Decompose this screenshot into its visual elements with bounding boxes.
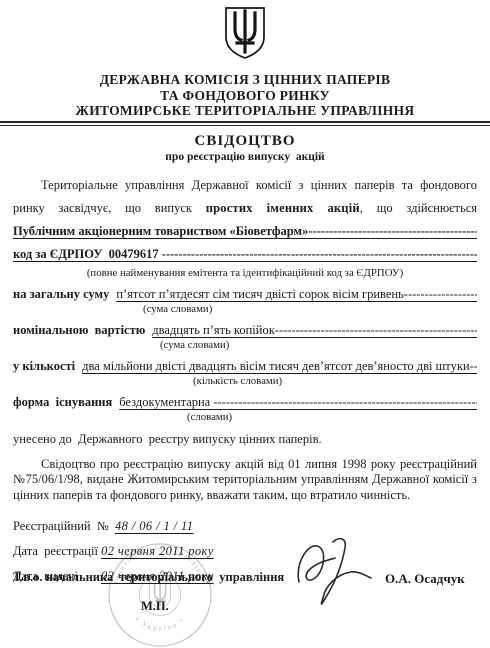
field-value: п’ятсот п’ятдесят сім тисяч двісті сорок… — [116, 287, 477, 302]
quantity-words: два мільйони двісті двадцять вісім тисяч… — [82, 359, 469, 373]
field-caption: (словами) — [13, 411, 477, 423]
edrpou-code: 00479617 — [106, 247, 162, 261]
field-value: двадцять п’ять копійок------------------… — [152, 323, 477, 338]
document-title: СВІДОЦТВО — [0, 133, 490, 150]
seal-arc-bottom-text: • Україна • — [133, 615, 187, 633]
field-label: у кількості — [13, 359, 82, 374]
registration-number-row: Реєстраційний № 48 / 06 / 1 / 11 — [13, 519, 477, 534]
dash-fill: ----------------------------------------… — [162, 247, 477, 261]
header-divider — [0, 121, 490, 126]
revocation-paragraph: Свідоцтво про реєстрацію випуску акцій в… — [13, 457, 477, 504]
entered-line: унесено до Державного реєстру випуску ці… — [13, 432, 477, 447]
registration-date-row: Дата реєстрації 02 червня 2011 року — [13, 544, 477, 559]
dash-fill: ----------------------------------------… — [308, 224, 477, 238]
edrpou-line: код за ЄДРПОУ 00479617 -----------------… — [13, 243, 477, 266]
signer-name: О.А. Осадчук — [385, 571, 465, 587]
field-label: форма існування — [13, 395, 119, 410]
dash-fill: ----------------------------------------… — [404, 287, 477, 301]
svg-text:• Україна •: • Україна • — [133, 615, 187, 633]
issuer-name: Публічним акціонерним товариством «Біове… — [13, 224, 308, 238]
dash-fill: ----------------------------------------… — [275, 323, 477, 337]
field-quantity: у кількості два мільйони двісті двадцять… — [13, 359, 477, 374]
field-nominal-value: номінальною вартістю двадцять п’ять копі… — [13, 323, 477, 338]
document-subtitle: про реєстрацію випуску акцій — [0, 151, 490, 163]
existence-form-words: бездокументарна — [119, 395, 213, 409]
issuer-line: Публічним акціонерним товариством «Біове… — [13, 220, 477, 243]
emblem-container — [0, 0, 490, 62]
registration-date-value: 02 червня 2011 року — [101, 544, 214, 558]
commission-name-line2: ТА ФОНДОВОГО РИНКУ — [0, 88, 490, 104]
territorial-office-line: ЖИТОМИРСЬКЕ ТЕРИТОРІАЛЬНЕ УПРАВЛІННЯ — [0, 103, 490, 119]
field-total-sum: на загальну суму п’ятсот п’ятдесят сім т… — [13, 287, 477, 302]
position-title: Т.в.о. начальника територіального управл… — [13, 570, 303, 585]
seal-place-mark: М.П. — [141, 599, 169, 614]
field-label: номінальною вартістю — [13, 323, 152, 338]
intro-paragraph: Територіальне управління Державної коміс… — [13, 174, 477, 220]
field-value: два мільйони двісті двадцять вісім тисяч… — [82, 359, 477, 374]
field-existence-form: форма існування бездокументарна --------… — [13, 395, 477, 410]
registration-number-label: Реєстраційний № — [13, 519, 115, 534]
field-label: на загальну суму — [13, 287, 116, 302]
field-caption: (сума словами) — [13, 339, 477, 351]
trident-emblem-icon — [223, 6, 267, 60]
commission-name-line1: ДЕРЖАВНА КОМІСІЯ З ЦІННИХ ПАПЕРІВ — [0, 72, 490, 88]
dash-fill: ----------------------------------------… — [470, 359, 477, 373]
total-sum-words: п’ятсот п’ятдесят сім тисяч двісті сорок… — [116, 287, 403, 301]
intro-text-2: , що здійснюється — [360, 201, 477, 215]
signature-icon — [293, 530, 381, 626]
field-caption: (сума словами) — [13, 303, 477, 315]
commission-header: ДЕРЖАВНА КОМІСІЯ З ЦІННИХ ПАПЕРІВ ТА ФОН… — [0, 72, 490, 119]
nominal-value-words: двадцять п’ять копійок — [152, 323, 275, 337]
issuer-caption: (повне найменування емітента та ідентифі… — [13, 267, 477, 279]
field-caption: (кількість словами) — [13, 375, 477, 387]
certificate-page: територіальне управління • Україна • — [0, 0, 490, 648]
registration-date-label: Дата реєстрації — [13, 544, 101, 559]
field-value: бездокументарна ------------------------… — [119, 395, 477, 410]
registration-number-value: 48 / 06 / 1 / 11 — [115, 519, 193, 533]
edrpou-label: код за ЄДРПОУ — [13, 247, 106, 261]
dash-fill: ----------------------------------------… — [213, 395, 477, 409]
share-type-emphasis: простих іменних акцій — [206, 201, 360, 215]
